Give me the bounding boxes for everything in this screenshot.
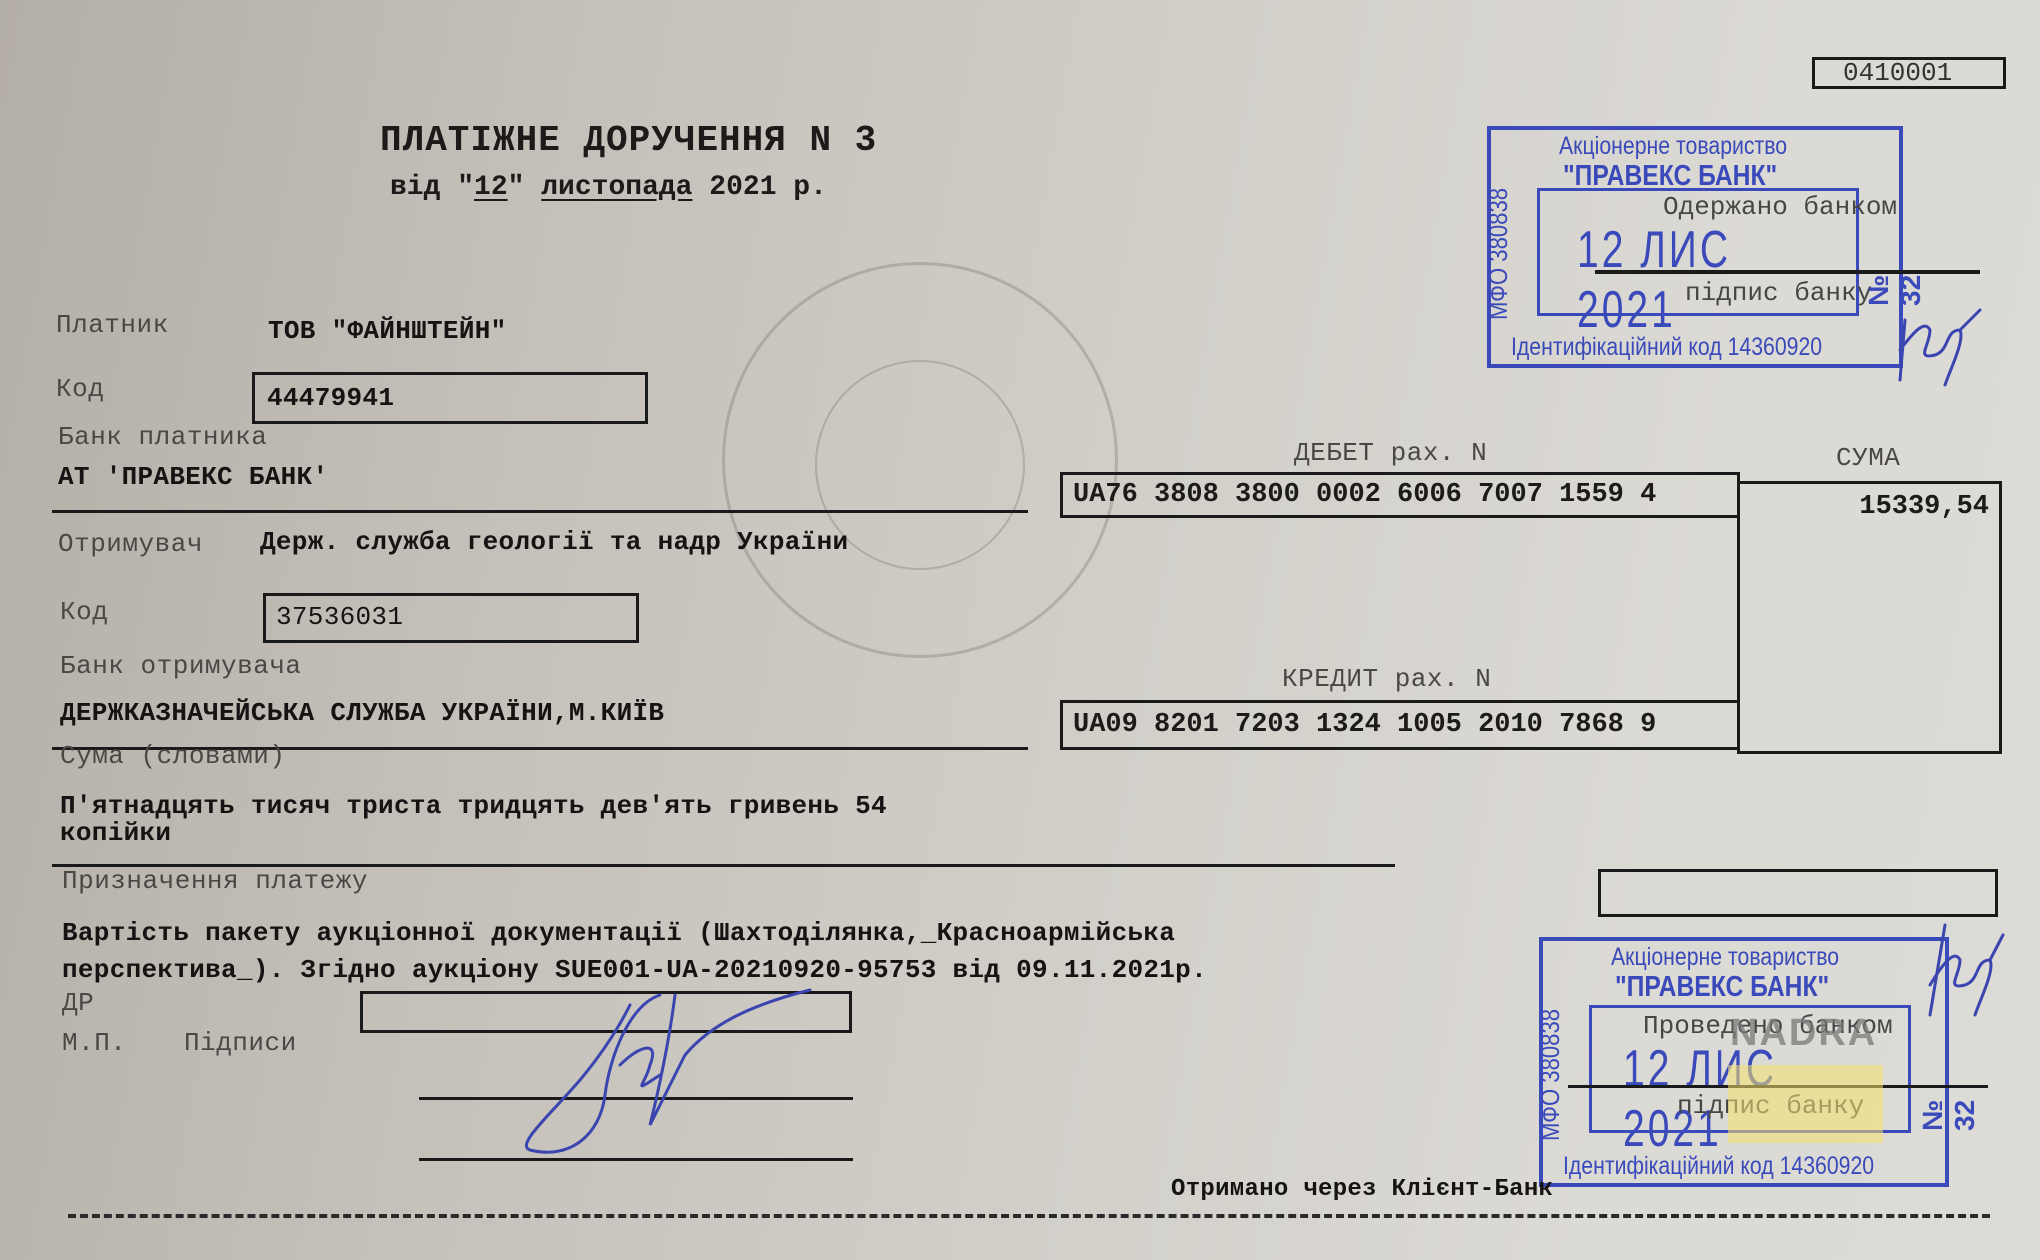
mp-label: М.П. xyxy=(62,1028,126,1058)
payer-label: Платник xyxy=(56,310,169,340)
date-month: листопада xyxy=(541,172,692,203)
payer-bank-label: Банк платника xyxy=(58,422,267,452)
credit-label: КРЕДИТ рах. N xyxy=(1282,664,1491,694)
purpose-line2: перспектива_). Згідно аукціону SUE001-UA… xyxy=(62,955,1207,985)
stamp-processed: Акціонерне товариство "ПРАВЕКС БАНК" МФО… xyxy=(1539,937,1949,1187)
sum-box: 15339,54 xyxy=(1737,481,2002,754)
credit-account: UA09 8201 7203 1324 1005 2010 7868 9 xyxy=(1063,703,1737,747)
form-code-box: 0410001 xyxy=(1812,57,2006,89)
stamp-received: Акціонерне товариство "ПРАВЕКС БАНК" МФО… xyxy=(1487,126,1903,368)
stamp-received-signature-label: підпис банку xyxy=(1685,278,1872,308)
sum-value: 15339,54 xyxy=(1859,492,1989,522)
payer-code: 44479941 xyxy=(267,383,394,413)
dr-label: ДР xyxy=(62,988,94,1018)
signatures-label: Підписи xyxy=(184,1028,297,1058)
recipient-code-box: 37536031 xyxy=(263,593,639,643)
document-date: від "12" листопада 2021 р. xyxy=(390,172,827,203)
recipient-bank: ДЕРЖКАЗНАЧЕЙСЬКА СЛУЖБА УКРАЇНИ,М.КИЇВ xyxy=(60,698,664,728)
purpose-label: Призначення платежу xyxy=(62,866,368,896)
bank-initials-processed-icon xyxy=(1915,915,2005,1025)
date-year: 2021 р. xyxy=(709,172,827,203)
payer-divider xyxy=(52,510,1028,513)
sum-label: СУМА xyxy=(1836,443,1900,473)
recipient-name: Держ. служба геології та надр України xyxy=(260,527,848,557)
form-code: 0410001 xyxy=(1843,58,1952,88)
payer-code-label: Код xyxy=(56,374,104,404)
stamp-received-status: Одержано банком xyxy=(1663,192,1897,222)
page-title: ПЛАТІЖНЕ ДОРУЧЕННЯ N 3 xyxy=(380,120,877,161)
date-day: 12 xyxy=(474,172,508,203)
credit-account-box: UA09 8201 7203 1324 1005 2010 7868 9 xyxy=(1060,700,1740,750)
recipient-code-label: Код xyxy=(60,597,108,627)
recipient-label: Отримувач xyxy=(58,529,203,559)
amount-words-label: Сума (словами) xyxy=(60,741,285,771)
recipient-bank-label: Банк отримувача xyxy=(60,651,302,681)
cut-line xyxy=(68,1214,1990,1218)
payer-bank: АТ 'ПРАВЕКС БАНК' xyxy=(58,462,328,492)
debit-account: UA76 3808 3800 0002 6006 7007 1559 4 xyxy=(1063,475,1737,515)
debit-account-box: UA76 3808 3800 0002 6006 7007 1559 4 xyxy=(1060,472,1740,518)
recipient-code: 37536031 xyxy=(276,602,403,632)
amount-words-line2: копійки xyxy=(60,818,171,848)
payer-name: ТОВ "ФАЙНШТЕЙН" xyxy=(268,316,507,346)
watermark-block xyxy=(1728,1065,1883,1143)
stamp-received-strike xyxy=(1595,270,1980,274)
bank-initials-icon xyxy=(1895,300,1985,390)
amount-words-line1: П'ятнадцять тисяч триста тридцять дев'ят… xyxy=(60,791,887,821)
watermark-logo: NADRA xyxy=(1730,1012,1877,1055)
received-via-label: Отримано через Клієнт-Банк xyxy=(1171,1176,1553,1203)
payer-code-box: 44479941 xyxy=(252,372,648,424)
debit-label: ДЕБЕТ рах. N xyxy=(1294,438,1487,468)
bank-notes-box xyxy=(1598,869,1998,917)
handwritten-signature-icon xyxy=(510,985,840,1165)
purpose-line1: Вартість пакету аукціонної документації … xyxy=(62,918,1175,948)
